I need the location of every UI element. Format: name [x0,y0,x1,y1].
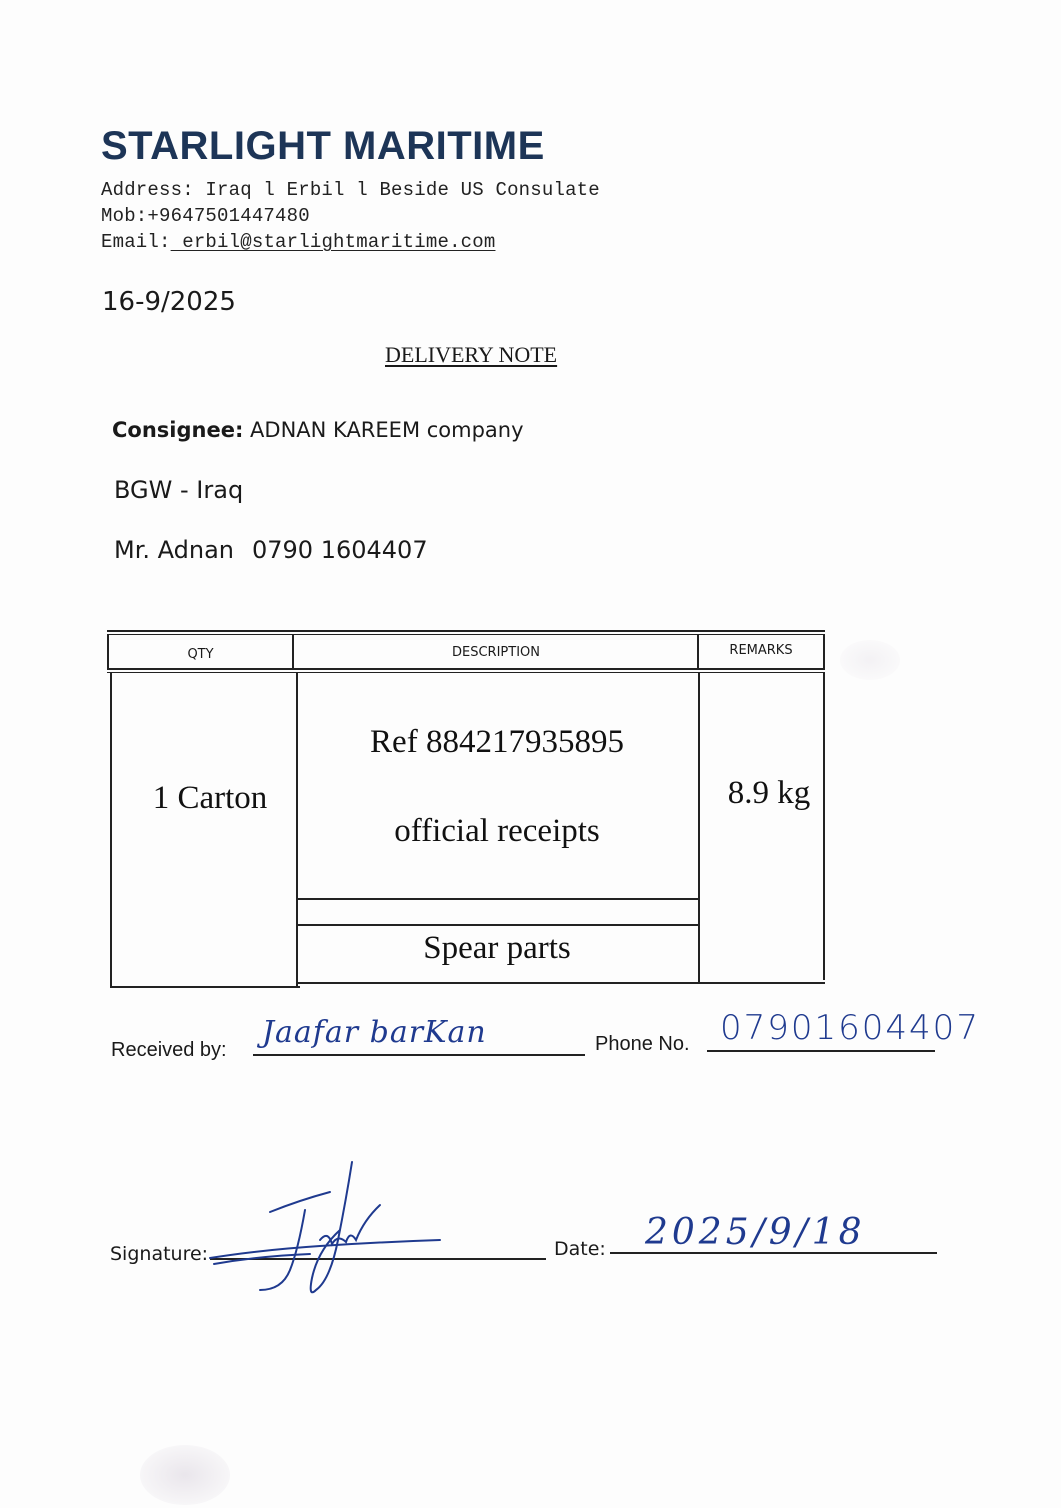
paper-smudge [140,1445,230,1505]
email-link[interactable]: erbil@starlightmaritime.com [171,231,496,253]
table-border [296,898,699,900]
consignee-line: Consignee: ADNAN KAREEM company [112,418,524,442]
company-mobile: Mob:+9647501447480 [101,205,310,227]
table-border [107,672,825,673]
table-border [107,634,825,635]
table-border [698,673,700,982]
table-border [110,986,300,988]
company-email: Email: erbil@starlightmaritime.com [101,231,495,253]
phone-line [707,1050,935,1052]
table-border [110,673,112,988]
company-name: STARLIGHT MARITIME [101,124,545,169]
signature-label: Signature: [110,1243,208,1265]
items-table: QTY DESCRIPTION REMARKS 1 Carton Ref 884… [107,630,825,988]
header-description: DESCRIPTION [294,645,698,660]
paper-smudge [840,640,900,680]
date-handwriting[interactable]: 2025/9/18 [645,1212,866,1253]
consignee-name: ADNAN KAREEM company [250,418,523,442]
table-border [823,673,825,980]
document-title: DELIVERY NOTE [385,342,557,368]
table-border [107,668,825,670]
table-border [296,924,699,926]
contact-name: Mr. Adnan [114,536,234,564]
cell-description-line2: official receipts [296,813,698,850]
contact-phone: 0790 1604407 [252,536,428,564]
received-by-label: Received by: [111,1039,227,1062]
document-date: 16-9/2025 [102,287,236,317]
header-remarks: REMARKS [698,643,824,658]
cell-qty: 1 Carton [110,780,310,817]
consignee-label: Consignee: [112,418,243,442]
cell-remarks: 8.9 kg [698,775,840,812]
cell-description-ref: Ref 884217935895 [296,724,698,761]
consignee-contact: Mr. Adnan0790 1604407 [114,536,428,564]
phone-label: Phone No. [595,1033,690,1056]
header-qty: QTY [107,647,294,662]
signature-mark[interactable] [200,1160,460,1300]
received-by-line [253,1054,585,1056]
table-border [107,630,825,632]
company-address: Address: Iraq l Erbil l Beside US Consul… [101,179,600,201]
consignee-location: BGW - Iraq [114,476,243,504]
phone-handwriting[interactable]: 07901604407 [720,1008,980,1048]
email-label: Email: [101,231,171,253]
table-border [296,982,825,984]
date-label: Date: [554,1238,606,1260]
cell-sub-description: Spear parts [296,930,698,967]
received-by-handwriting[interactable]: Jaafar barKan [262,1015,487,1050]
